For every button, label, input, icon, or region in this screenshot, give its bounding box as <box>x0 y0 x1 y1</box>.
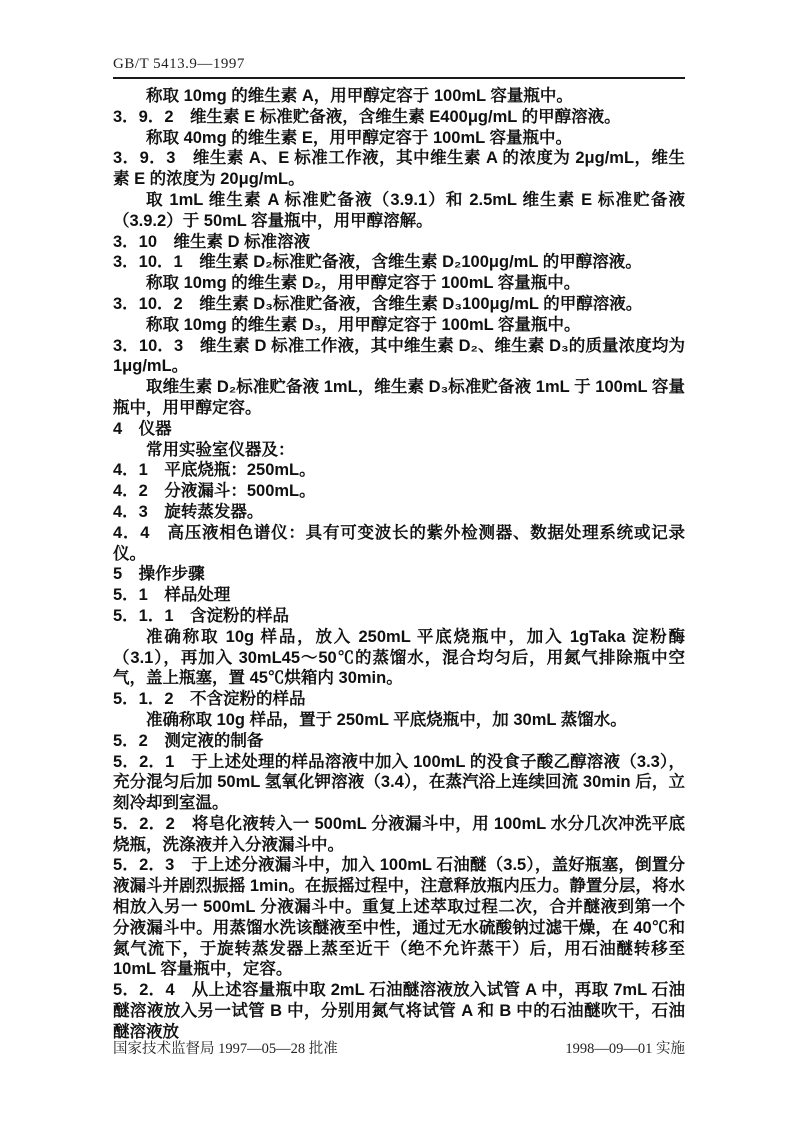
paragraph: 称取 40mg 的维生素 E，用甲醇定容于 100mL 容量瓶中。 <box>113 128 685 149</box>
paragraph: 5．2．3 于上述分液漏斗中，加入 100mL 石油醚（3.5），盖好瓶塞，倒置… <box>113 855 685 980</box>
paragraph: 5．2．2 将皂化液转入一 500mL 分液漏斗中，用 100mL 水分几次冲洗… <box>113 814 685 856</box>
paragraph: 3．10．2 维生素 D₃标准贮备液，含维生素 D₃100μg/mL 的甲醇溶液… <box>113 294 685 315</box>
paragraph: 常用实验室仪器及： <box>113 440 685 461</box>
paragraph: 取 1mL 维生素 A 标准贮备液（3.9.1）和 2.5mL 维生素 E 标准… <box>113 190 685 232</box>
paragraph: 4．2 分液漏斗：500mL。 <box>113 481 685 502</box>
paragraph: 4．3 旋转蒸发器。 <box>113 502 685 523</box>
paragraph: 称取 10mg 的维生素 A，用甲醇定容于 100mL 容量瓶中。 <box>113 86 685 107</box>
paragraph: 3．10．1 维生素 D₂标准贮备液，含维生素 D₂100μg/mL 的甲醇溶液… <box>113 252 685 273</box>
header-rule <box>113 77 685 79</box>
document-number: GB/T 5413.9—1997 <box>113 56 685 73</box>
paragraph: 取维生素 D₂标准贮备液 1mL，维生素 D₃标准贮备液 1mL 于 100mL… <box>113 377 685 419</box>
footer-implementation-text: 1998—09—01 实施 <box>565 1037 685 1058</box>
footer-approval-text: 国家技术监督局 1997—05—28 批准 <box>113 1037 338 1058</box>
paragraph: 5．1 样品处理 <box>113 585 685 606</box>
document-page: GB/T 5413.9—1997 称取 10mg 的维生素 A，用甲醇定容于 1… <box>0 0 793 1122</box>
document-footer: 国家技术监督局 1997—05—28 批准 1998—09—01 实施 <box>113 1037 685 1058</box>
paragraph: 5．2．1 于上述处理的样品溶液中加入 100mL 的没食子酸乙醇溶液（3.3）… <box>113 752 685 814</box>
paragraph: 准确称取 10g 样品，置于 250mL 平底烧瓶中，加 30mL 蒸馏水。 <box>113 710 685 731</box>
paragraph: 5．2 测定液的制备 <box>113 731 685 752</box>
paragraph: 5．2．4 从上述容量瓶中取 2mL 石油醚溶液放入试管 A 中，再取 7mL … <box>113 980 685 1042</box>
paragraph: 3．10 维生素 D 标准溶液 <box>113 232 685 253</box>
paragraph: 3．9．2 维生素 E 标准贮备液，含维生素 E400μg/mL 的甲醇溶液。 <box>113 107 685 128</box>
document-body: 称取 10mg 的维生素 A，用甲醇定容于 100mL 容量瓶中。3．9．2 维… <box>113 86 685 1043</box>
paragraph: 5．1．2 不含淀粉的样品 <box>113 689 685 710</box>
paragraph: 5 操作步骤 <box>113 564 685 585</box>
paragraph: 4．1 平底烧瓶：250mL。 <box>113 460 685 481</box>
paragraph: 准确称取 10g 样品，放入 250mL 平底烧瓶中，加入 1gTaka 淀粉酶… <box>113 627 685 689</box>
paragraph: 称取 10mg 的维生素 D₂，用甲醇定容于 100mL 容量瓶中。 <box>113 273 685 294</box>
paragraph: 4 仪器 <box>113 419 685 440</box>
paragraph: 称取 10mg 的维生素 D₃，用甲醇定容于 100mL 容量瓶中。 <box>113 315 685 336</box>
paragraph: 4．4 高压液相色谱仪：具有可变波长的紫外检测器、数据处理系统或记录仪。 <box>113 523 685 565</box>
paragraph: 5．1．1 含淀粉的样品 <box>113 606 685 627</box>
paragraph: 3．9．3 维生素 A、E 标准工作液，其中维生素 A 的浓度为 2μg/mL，… <box>113 148 685 190</box>
paragraph: 3．10．3 维生素 D 标准工作液，其中维生素 D₂、维生素 D₃的质量浓度均… <box>113 336 685 378</box>
